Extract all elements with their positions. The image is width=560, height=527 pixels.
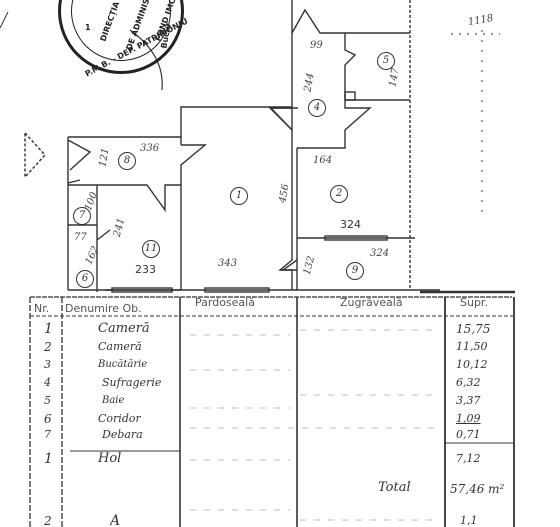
row-denumire: Hol (98, 452, 121, 466)
row-supr: 0,71 (456, 428, 481, 442)
table-row: 1 Cameră 15,75 (30, 322, 540, 336)
dim-233: 233 (135, 263, 156, 276)
row-nr: 2 (44, 340, 52, 354)
row-nr: 1 (44, 452, 53, 466)
row-nr: 1 (44, 322, 53, 336)
row-supr: 1,09 (456, 412, 481, 426)
row-nr: 2 (44, 514, 52, 527)
row-denumire: Cameră (98, 340, 142, 354)
room-label-1: 1 (230, 187, 248, 205)
row-nr: 6 (44, 412, 52, 426)
header-pardoseala: Pardoseală (195, 296, 255, 309)
row-supr: 1,1 (460, 514, 478, 527)
table-row: 4 Sufragerie 6,32 (30, 376, 540, 390)
table-row: 2 A 1,1 (30, 514, 540, 527)
row-nr: 3 (44, 358, 51, 372)
header-supr: Supr. (460, 296, 488, 309)
row-denumire: A (110, 514, 120, 527)
floor-plan-drawing (0, 0, 560, 527)
row-supr: 15,75 (456, 322, 490, 336)
room-label-8: 8 (118, 152, 136, 170)
table-row: 3 Bucătărie 10,12 (30, 358, 540, 372)
dim-343: 343 (218, 258, 237, 269)
row-denumire: Bucătărie (98, 358, 147, 372)
room-label-6: 6 (76, 270, 94, 288)
row-supr: 7,12 (456, 452, 481, 466)
row-denumire: Sufragerie (102, 376, 161, 390)
table-row: 1 Hol 7,12 (30, 452, 540, 466)
row-denumire: Debara (102, 428, 143, 442)
table-row: 2 Cameră 11,50 (30, 340, 540, 354)
row-supr: 3,37 (456, 394, 481, 408)
row-supr: 6,32 (456, 376, 481, 390)
dim-99: 99 (310, 40, 323, 51)
row-denumire: Coridor (98, 412, 141, 426)
table-row: 7 Debara 0,71 (30, 428, 540, 442)
room-label-11: 11 (142, 240, 160, 258)
total-label: Total (378, 480, 411, 495)
row-nr: 7 (44, 428, 51, 442)
stamp-number: 1 (85, 23, 91, 32)
room-label-9: 9 (346, 262, 364, 280)
header-nr: Nr. (34, 302, 49, 315)
header-zugraveala: Zugrăveală (340, 296, 403, 309)
row-nr: 5 (44, 394, 51, 408)
table-row: 6 Coridor 1,09 (30, 412, 540, 426)
dim-77: 77 (74, 232, 87, 243)
header-denumire: Denumire Ob. (65, 302, 142, 315)
row-supr: 10,12 (456, 358, 488, 372)
row-supr: 11,50 (456, 340, 488, 354)
table-row: 5 Baie 3,37 (30, 394, 540, 408)
room-label-2: 2 (330, 185, 348, 203)
row-nr: 4 (44, 376, 51, 390)
dim-324-a: 324 (340, 218, 361, 231)
dim-164: 164 (313, 155, 332, 166)
room-label-4: 4 (308, 99, 326, 117)
total-value: 57,46 m² (450, 482, 504, 496)
dim-336: 336 (140, 143, 159, 154)
dim-324-b: 324 (370, 248, 389, 259)
row-denumire: Baie (102, 394, 124, 408)
row-denumire: Cameră (98, 322, 150, 336)
